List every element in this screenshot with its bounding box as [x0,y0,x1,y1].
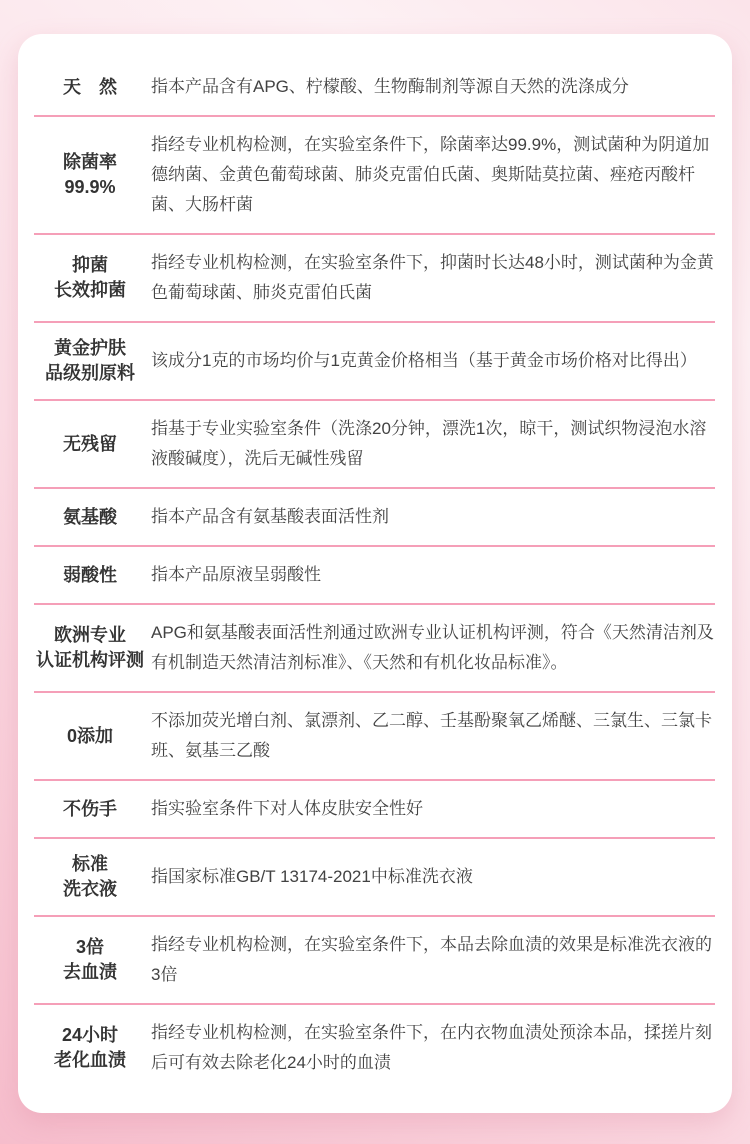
term-definition: 指国家标准GB/T 13174-2021中标准洗衣液 [151,862,715,892]
glossary-row: 氨基酸 指本产品含有氨基酸表面活性剂 [34,489,715,547]
term-definition: 指实验室条件下对人体皮肤安全性好 [151,794,715,824]
glossary-row: 抑菌 长效抑菌 指经专业机构检测，在实验室条件下，抑菌时长达48小时，测试菌种为… [34,235,715,323]
term-definition: 指经专业机构检测，在实验室条件下，本品去除血渍的效果是标准洗衣液的3倍 [151,930,715,990]
term-label: 无残留 [34,432,146,457]
term-label: 弱酸性 [34,563,146,588]
term-definition: 指本产品含有APG、柠檬酸、生物酶制剂等源自天然的洗涤成分 [151,72,715,102]
term-definition: 不添加荧光增白剂、氯漂剂、乙二醇、壬基酚聚氧乙烯醚、三氯生、三氯卡班、氨基三乙酸 [151,706,715,766]
term-definition: 该成分1克的市场均价与1克黄金价格相当（基于黄金市场价格对比得出） [151,346,715,376]
glossary-row: 天 然 指本产品含有APG、柠檬酸、生物酶制剂等源自天然的洗涤成分 [34,59,715,117]
term-definition: 指基于专业实验室条件（洗涤20分钟，漂洗1次，晾干，测试织物浸泡水溶液酸碱度），… [151,414,715,474]
glossary-row: 欧洲专业 认证机构评测 APG和氨基酸表面活性剂通过欧洲专业认证机构评测，符合《… [34,605,715,693]
glossary-rows: 天 然 指本产品含有APG、柠檬酸、生物酶制剂等源自天然的洗涤成分 除菌率 99… [34,59,715,1091]
term-label: 0添加 [34,724,146,749]
glossary-row: 弱酸性 指本产品原液呈弱酸性 [34,547,715,605]
glossary-card: 天 然 指本产品含有APG、柠檬酸、生物酶制剂等源自天然的洗涤成分 除菌率 99… [18,34,732,1113]
glossary-row: 0添加 不添加荧光增白剂、氯漂剂、乙二醇、壬基酚聚氧乙烯醚、三氯生、三氯卡班、氨… [34,693,715,781]
term-definition: APG和氨基酸表面活性剂通过欧洲专业认证机构评测，符合《天然清洁剂及有机制造天然… [151,618,715,678]
term-label: 不伤手 [34,797,146,822]
term-label: 除菌率 99.9% [34,150,146,200]
term-definition: 指经专业机构检测，在实验室条件下，除菌率达99.9%，测试菌种为阴道加德纳菌、金… [151,130,715,220]
glossary-row: 黄金护肤 品级别原料 该成分1克的市场均价与1克黄金价格相当（基于黄金市场价格对… [34,323,715,401]
term-label: 氨基酸 [34,505,146,530]
term-definition: 指经专业机构检测，在实验室条件下，抑菌时长达48小时，测试菌种为金黄色葡萄球菌、… [151,248,715,308]
glossary-row: 3倍 去血渍 指经专业机构检测，在实验室条件下，本品去除血渍的效果是标准洗衣液的… [34,917,715,1005]
term-label: 24小时 老化血渍 [34,1023,146,1073]
glossary-row: 不伤手 指实验室条件下对人体皮肤安全性好 [34,781,715,839]
term-label: 欧洲专业 认证机构评测 [34,623,146,673]
term-label: 抑菌 长效抑菌 [34,253,146,303]
glossary-row: 24小时 老化血渍 指经专业机构检测，在实验室条件下，在内衣物血渍处预涂本品，揉… [34,1005,715,1091]
glossary-row: 除菌率 99.9% 指经专业机构检测，在实验室条件下，除菌率达99.9%，测试菌… [34,117,715,235]
glossary-row: 无残留 指基于专业实验室条件（洗涤20分钟，漂洗1次，晾干，测试织物浸泡水溶液酸… [34,401,715,489]
term-definition: 指本产品原液呈弱酸性 [151,560,715,590]
term-definition: 指经专业机构检测，在实验室条件下，在内衣物血渍处预涂本品，揉搓片刻后可有效去除老… [151,1018,715,1078]
term-label: 天 然 [34,75,146,100]
term-label: 黄金护肤 品级别原料 [34,336,146,386]
term-definition: 指本产品含有氨基酸表面活性剂 [151,502,715,532]
glossary-row: 标准 洗衣液 指国家标准GB/T 13174-2021中标准洗衣液 [34,839,715,917]
term-label: 标准 洗衣液 [34,852,146,902]
term-label: 3倍 去血渍 [34,935,146,985]
page-background: { "colors": { "accent_pink": "#f59fb8", … [0,0,750,1144]
